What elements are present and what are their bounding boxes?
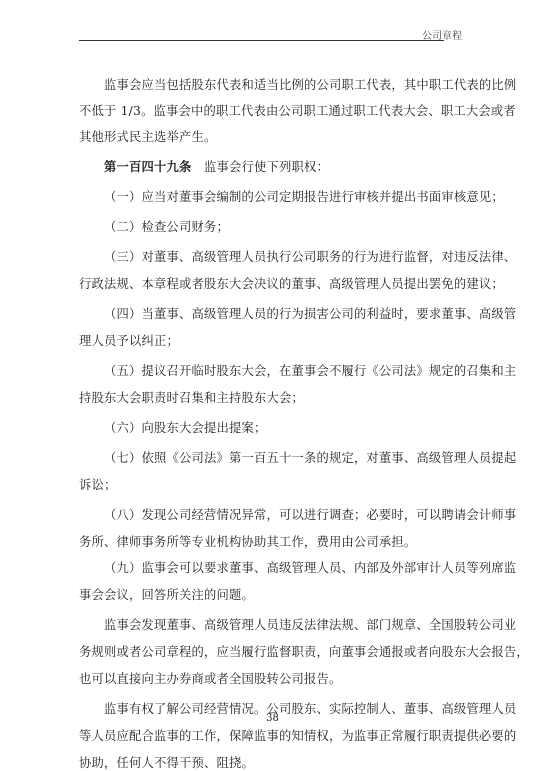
text-content: 行政法规、本章程或者股东大会决议的董事、高级管理人员提出罢免的建议；	[79, 277, 504, 291]
text-content: （三）对董事、高级管理人员执行公司职务的行为进行监督，对违反法律、	[104, 250, 516, 264]
text-content: （七）依照《公司法》第一百五十一条的规定，对董事、高级管理人员提起	[104, 451, 516, 465]
text-content: 监事会行使下列职权：	[191, 160, 328, 174]
text-content: 等人员应配合监事的工作，保障监事的知情权，为监事正常履行职责提供必要的	[79, 729, 516, 743]
text-content: 事会会议，回答所关注的问题。	[79, 588, 254, 602]
text-content: 其他形式民主选举产生。	[79, 130, 216, 144]
text-content: 也可以直接向主办券商或者全国股转公司报告。	[79, 672, 341, 686]
page-number: 38	[0, 713, 545, 724]
text-line: 监事会发现董事、高级管理人员违反法律法规、部门规章、全国股转公司业	[104, 615, 470, 633]
text-line: （二）检查公司财务；	[104, 217, 470, 235]
header-rule	[79, 40, 444, 41]
text-line: 不低于 1/3。监事会中的职工代表由公司职工通过职工代表大会、职工大会或者	[79, 101, 445, 119]
text-content: （六）向股东大会提出提案；	[104, 421, 266, 435]
text-line: 理人员予以纠正；	[79, 331, 445, 349]
text-line: 等人员应配合监事的工作，保障监事的知情权，为监事正常履行职责提供必要的	[79, 726, 445, 744]
text-line: （五）提议召开临时股东大会，在董事会不履行《公司法》规定的召集和主	[104, 361, 470, 379]
text-content: 务所、律师事务所等专业机构协助其工作，费用由公司承担。	[79, 535, 416, 549]
text-line: 行政法规、本章程或者股东大会决议的董事、高级管理人员提出罢免的建议；	[79, 274, 445, 292]
text-content: 监事会应当包括股东代表和适当比例的公司职工代表，其中职工代表的比例	[104, 78, 516, 92]
text-content: （八）发现公司经营情况异常，可以进行调查；必要时，可以聘请会计师事	[104, 508, 516, 522]
text-line: 诉讼；	[79, 475, 445, 493]
text-content: （四）当董事、高级管理人员的行为损害公司的利益时，要求董事、高级管	[104, 307, 516, 321]
text-line: 监事会应当包括股东代表和适当比例的公司职工代表，其中职工代表的比例	[104, 75, 470, 93]
text-line: （三）对董事、高级管理人员执行公司职务的行为进行监督，对违反法律、	[104, 247, 470, 265]
text-line: 务所、律师事务所等专业机构协助其工作，费用由公司承担。	[79, 532, 445, 550]
text-content: （五）提议召开临时股东大会，在董事会不履行《公司法》规定的召集和主	[104, 364, 516, 378]
text-content: （二）检查公司财务；	[104, 220, 229, 234]
text-line: 事会会议，回答所关注的问题。	[79, 585, 445, 603]
text-line: 协助，任何人不得干预、阻挠。	[79, 753, 445, 771]
text-line: （四）当董事、高级管理人员的行为损害公司的利益时，要求董事、高级管	[104, 304, 470, 322]
text-content: 诉讼；	[79, 478, 117, 492]
text-content: （九）监事会可以要求董事、高级管理人员、内部及外部审计人员等列席监	[104, 561, 516, 575]
text-content: 不低于 1/3。监事会中的职工代表由公司职工通过职工代表大会、职工大会或者	[79, 104, 516, 118]
text-line: 也可以直接向主办券商或者全国股转公司报告。	[79, 669, 445, 687]
article-number: 第一百四十九条	[104, 159, 191, 174]
text-line: （七）依照《公司法》第一百五十一条的规定，对董事、高级管理人员提起	[104, 448, 470, 466]
text-line: 其他形式民主选举产生。	[79, 127, 445, 145]
text-line: 务规则或者公司章程的，应当履行监督职责，向董事会通报或者向股东大会报告，	[79, 642, 445, 660]
text-content: 监事会发现董事、高级管理人员违反法律法规、部门规章、全国股转公司业	[104, 618, 516, 632]
text-content: 持股东大会职责时召集和主持股东大会；	[79, 391, 304, 405]
text-line: （一）应当对董事会编制的公司定期报告进行审核并提出书面审核意见；	[104, 187, 470, 205]
text-content: 务规则或者公司章程的，应当履行监督职责，向董事会通报或者向股东大会报告，	[79, 645, 529, 659]
text-line: 第一百四十九条 监事会行使下列职权：	[104, 157, 470, 175]
text-line: （九）监事会可以要求董事、高级管理人员、内部及外部审计人员等列席监	[104, 558, 470, 576]
text-content: 理人员予以纠正；	[79, 334, 179, 348]
text-line: （六）向股东大会提出提案；	[104, 418, 470, 436]
text-content: （一）应当对董事会编制的公司定期报告进行审核并提出书面审核意见；	[104, 190, 504, 204]
text-line: 持股东大会职责时召集和主持股东大会；	[79, 388, 445, 406]
text-line: （八）发现公司经营情况异常，可以进行调查；必要时，可以聘请会计师事	[104, 505, 470, 523]
text-content: 协助，任何人不得干预、阻挠。	[79, 756, 254, 770]
